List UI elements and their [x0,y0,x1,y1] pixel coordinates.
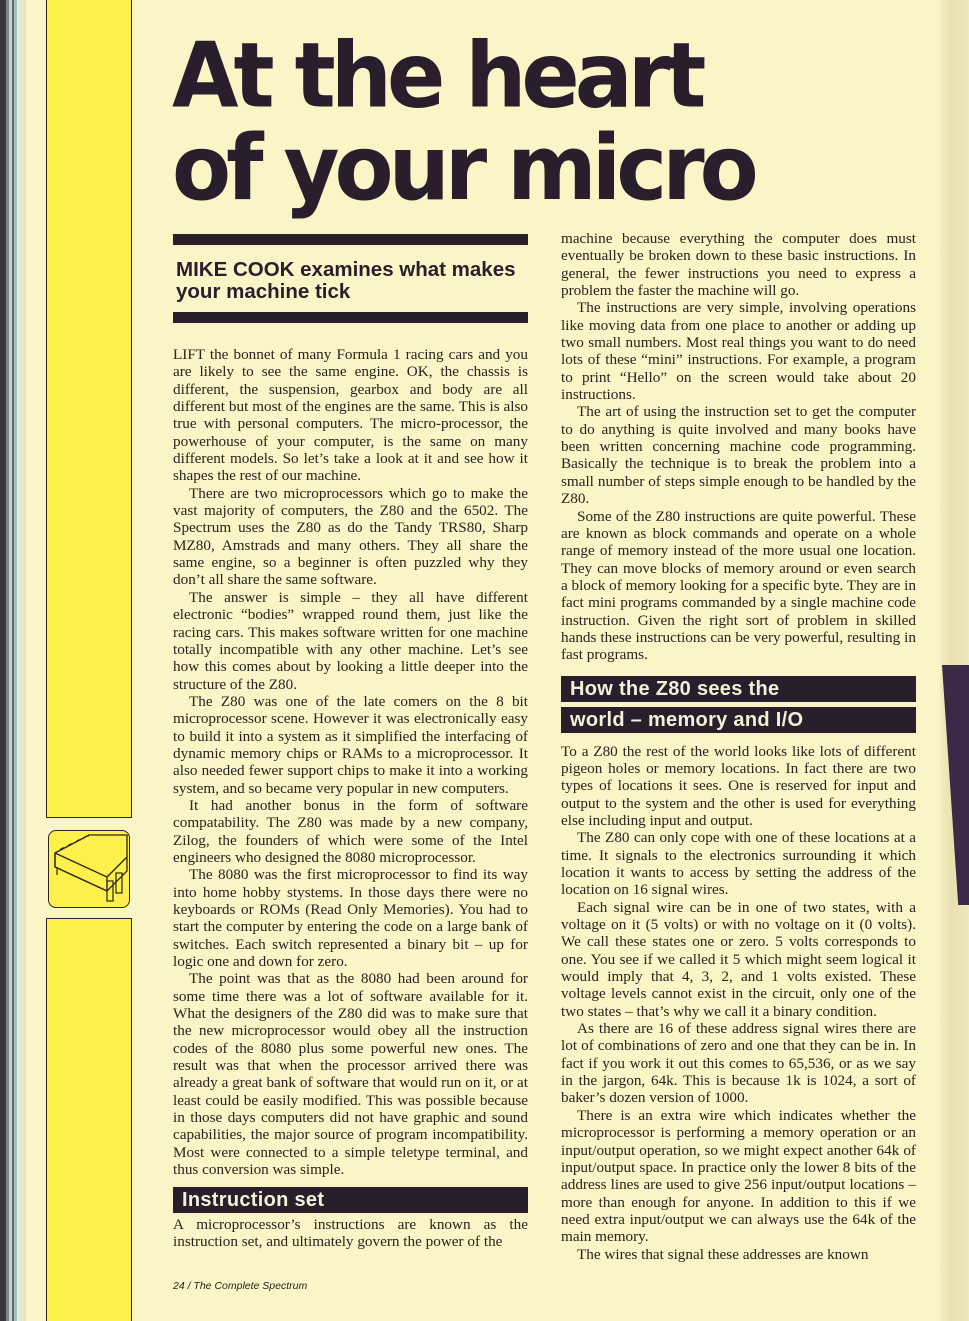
paragraph: To a Z80 the rest of the world looks lik… [561,743,916,830]
paragraph: machine because everything the computer … [561,230,916,299]
left-column: MIKE COOK examines what makes your machi… [173,234,528,1250]
paragraph: The Z80 was one of the late comers on th… [173,693,528,797]
paragraph: The art of using the instruction set to … [561,403,916,507]
paragraph: The 8080 was the first microprocessor to… [173,866,528,970]
paragraph: The instructions are very simple, involv… [561,299,916,403]
standfirst: MIKE COOK examines what makes your machi… [176,259,528,303]
paragraph: Each signal wire can be in one of two st… [561,899,916,1020]
page-edge [20,0,26,1321]
page-folio: 24 / The Complete Spectrum [173,1280,307,1292]
paragraph: The Z80 can only cope with one of these … [561,829,916,898]
paragraph: There are two microprocessors which go t… [173,485,528,589]
page-title: At the heart of your micro [172,30,754,215]
title-line-1: At the heart [172,30,754,122]
standfirst-rule-top [173,234,528,245]
section-heading-line-2: world – memory and I/O [561,707,916,733]
book-binding [0,0,20,1321]
chip-icon [48,830,130,908]
section-heading-line-1: How the Z80 sees the [561,676,916,702]
paragraph: The point was that as the 8080 had been … [173,970,528,1178]
yellow-margin-strip-top [46,0,132,818]
standfirst-rule-bottom [173,312,528,323]
paragraph: A microprocessor’s instructions are know… [173,1216,528,1251]
yellow-margin-strip-bottom [46,918,132,1321]
paragraph: Some of the Z80 instructions are quite p… [561,508,916,664]
paragraph: It had another bonus in the form of soft… [173,797,528,866]
facing-page-edge [940,0,969,1321]
section-heading-instruction-set: Instruction set [173,1187,528,1213]
paragraph: The wires that signal these addresses ar… [561,1246,916,1263]
paragraph: The answer is simple – they all have dif… [173,589,528,693]
right-column: machine because everything the computer … [561,230,916,1263]
paragraph: As there are 16 of these address signal … [561,1020,916,1107]
paragraph: There is an extra wire which indicates w… [561,1107,916,1246]
title-line-2: of your micro [172,122,754,214]
paragraph: LIFT the bonnet of many Formula 1 racing… [173,346,528,485]
